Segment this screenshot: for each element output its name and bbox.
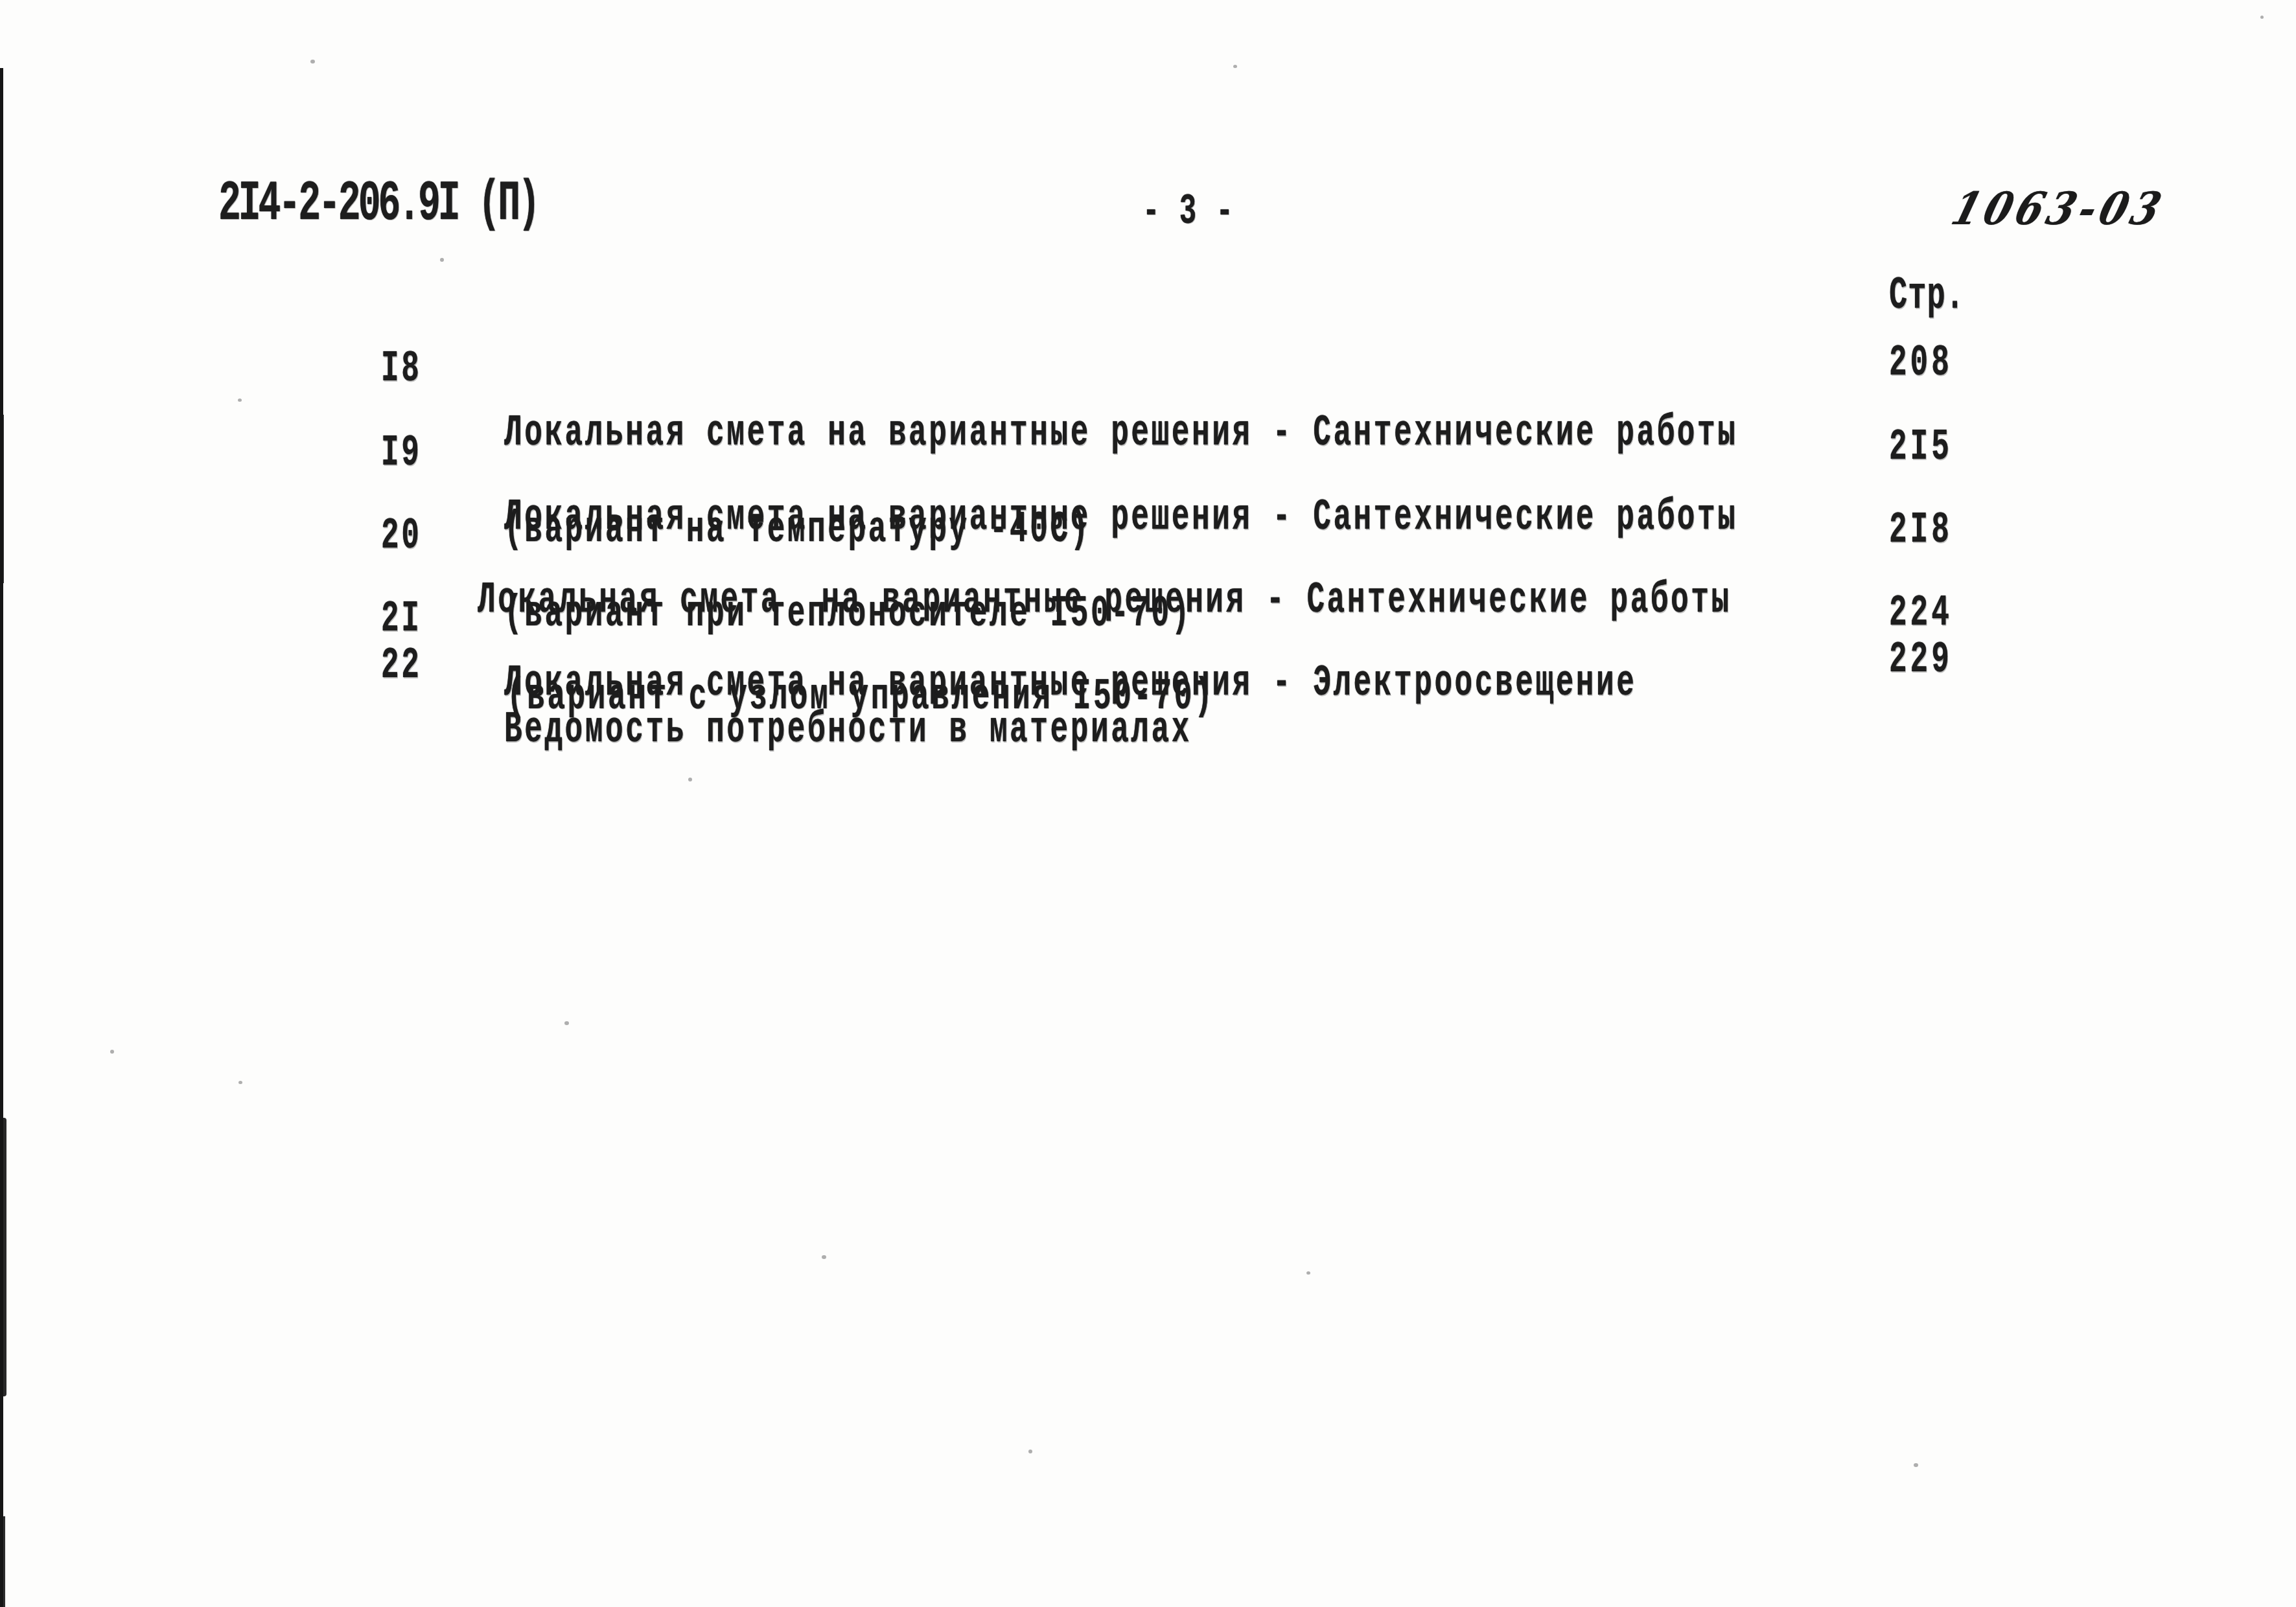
item-page-number: 2I8 [1889,514,1953,547]
scan-speck [238,1081,242,1084]
item-number: I9 [381,437,421,470]
item-number: 2I [381,603,421,636]
item-page-number: 224 [1889,597,1953,630]
page-number: - 3 - [1142,196,1235,229]
scan-speck [1233,65,1237,68]
document-code: 2I4-2-206.9I (П) [218,189,538,221]
handwritten-inventory-code: 1063-03 [1946,183,2171,236]
scan-speck [440,258,444,262]
scanned-document-page: 2I4-2-206.9I (П) - 3 - 1063-03 Стр. I8 Л… [0,0,2296,1607]
item-number: I8 [381,353,421,386]
page-column-header: Стр. [1889,281,1965,313]
item-number: 22 [381,650,421,682]
scan-speck [2260,16,2264,19]
item-page-number: 229 [1889,644,1953,676]
scan-speck [310,60,315,64]
item-title-line1: Ведомость потребности в материалах [504,714,1192,746]
scan-speck [1028,1450,1032,1453]
item-page-number: 2I5 [1889,432,1953,464]
scan-speck [238,399,242,402]
scan-speck [110,1050,114,1054]
scan-edge-smudge [0,1118,6,1396]
scan-edge-smudge [0,1516,5,1607]
item-page-number: 208 [1889,347,1953,380]
scan-speck [1914,1463,1918,1467]
scan-speck [1306,1271,1310,1275]
scan-speck [688,778,692,781]
item-number: 20 [381,520,421,553]
scan-speck [822,1255,826,1259]
scan-speck [564,1021,569,1025]
item-title: Ведомость потребности в материалах [504,650,1192,842]
scan-edge-smudge [1,415,4,583]
